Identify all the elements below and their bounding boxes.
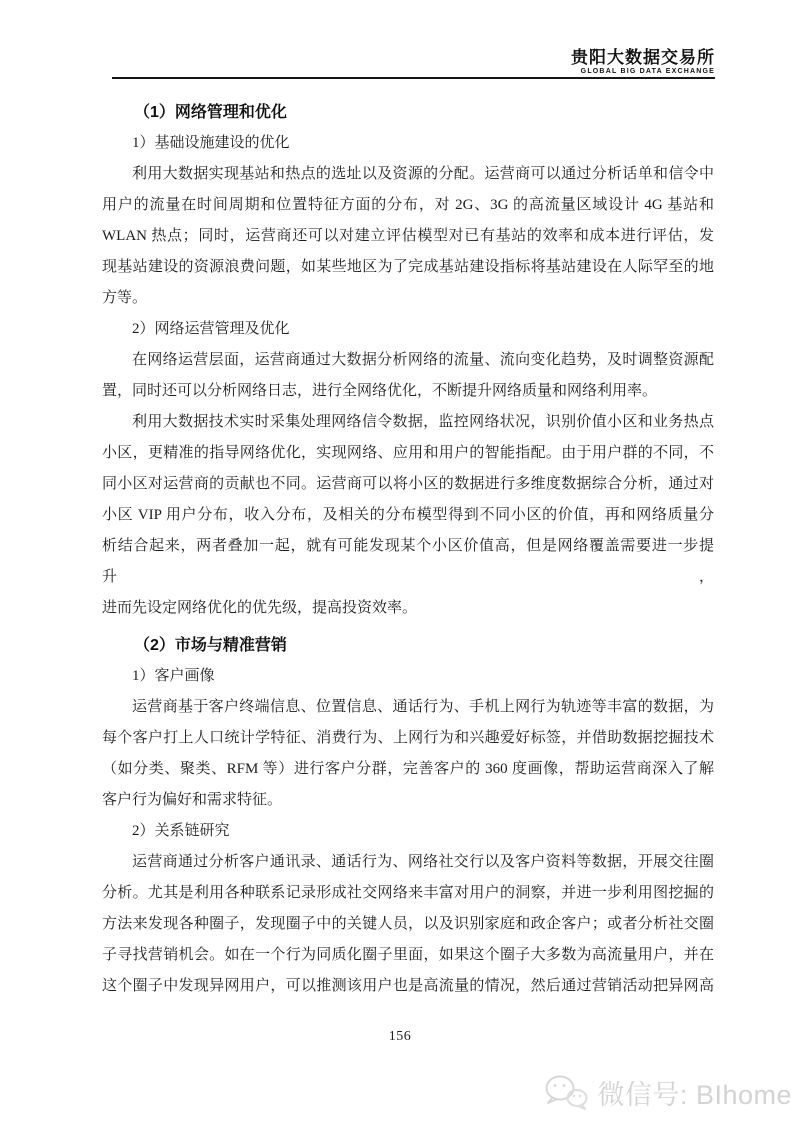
sub-heading: 1）客户画像 (102, 661, 714, 692)
header-rule-line (112, 77, 715, 79)
document-page: 贵阳大数据交易所 GLOBAL BIG DATA EXCHANGE （1）网络管… (0, 0, 800, 1131)
paragraph-line: 现基站建设的资源浪费问题，如某些地区为了完成基站建设指标将基站建设在人际罕至的地 (102, 252, 714, 283)
paragraph-line: 在网络运营层面，运营商通过大数据分析网络的流量、流向变化趋势，及时调整资源配 (102, 345, 714, 376)
paragraph-line: 客户行为偏好和需求特征。 (102, 785, 714, 816)
paragraph-line: 用户的流量在时间周期和位置特征方面的分布，对 2G、3G 的高流量区域设计 4G… (102, 190, 714, 221)
paragraph-line: 析结合起来，两者叠加一起，就有可能发现某个小区价值高，但是网络覆盖需要进一步提升… (102, 531, 714, 593)
paragraph-line: 方法来发现各种圈子，发现圈子中的关键人员，以及识别家庭和政企客户；或者分析社交圈 (102, 909, 714, 940)
paragraph-line: 进而先设定网络优化的优先级，提高投资效率。 (102, 593, 714, 624)
paragraph-line: WLAN 热点；同时，运营商还可以对建立评估模型对已有基站的效率和成本进行评估，… (102, 221, 714, 252)
paragraph: 运营商通过分析客户通讯录、通话行为、网络社交行以及客户资料等数据，开展交往圈分析… (102, 847, 714, 1002)
sub-heading: 1）基础设施建设的优化 (102, 128, 714, 159)
sub-heading: 2）关系链研究 (102, 816, 714, 847)
paragraph-line: 小区 VIP 用户分布，收入分布，及相关的分布模型得到不同小区的价值，再和网络质… (102, 500, 714, 531)
paragraph-line: 分析。尤其是利用各种联系记录形成社交网络来丰富对用户的洞察，并进一步利用图挖掘的 (102, 878, 714, 909)
paragraph-line: 子寻找营销机会。如在一个行为同质化圈子里面，如果这个圈子大多数为高流量用户，并在 (102, 940, 714, 971)
paragraph-line: 这个圈子中发现异网用户，可以推测该用户也是高流量的情况，然后通过营销活动把异网高 (102, 971, 714, 1002)
paragraph-line: 小区，更精准的指导网络优化，实现网络、应用和用户的智能指配。由于用户群的不同，不 (102, 438, 714, 469)
section-heading: （2）市场与精准营销 (102, 630, 714, 661)
page-number: 156 (0, 1029, 800, 1045)
header-logo: 贵阳大数据交易所 GLOBAL BIG DATA EXCHANGE (571, 48, 715, 76)
paragraph-line: 每个客户打上人口统计学特征、消费行为、上网行为和兴趣爱好标签，并借助数据挖掘技术 (102, 723, 714, 754)
logo-chinese-title: 贵阳大数据交易所 (571, 48, 715, 67)
paragraph: 运营商基于客户终端信息、位置信息、通话行为、手机上网行为轨迹等丰富的数据，为每个… (102, 692, 714, 816)
paragraph: 在网络运营层面，运营商通过大数据分析网络的流量、流向变化趋势，及时调整资源配置，… (102, 345, 714, 407)
paragraph-line: 置，同时还可以分析网络日志，进行全网络优化，不断提升网络质量和网络利用率。 (102, 376, 714, 407)
sub-heading: 2）网络运营管理及优化 (102, 314, 714, 345)
section-heading: （1）网络管理和优化 (102, 97, 714, 128)
wechat-id-label: 微信号: BIhome (597, 1073, 792, 1112)
paragraph-line: 利用大数据技术实时采集处理网络信令数据，监控网络状况，识别价值小区和业务热点 (102, 407, 714, 438)
paragraph-line: 运营商通过分析客户通讯录、通话行为、网络社交行以及客户资料等数据，开展交往圈 (102, 847, 714, 878)
paragraph-line: 利用大数据实现基站和热点的选址以及资源的分配。运营商可以通过分析话单和信令中 (102, 159, 714, 190)
paragraph-line: （如分类、聚类、RFM 等）进行客户分群，完善客户的 360 度画像，帮助运营商… (102, 754, 714, 785)
paragraph-line: 同小区对运营商的贡献也不同。运营商可以将小区的数据进行多维度数据综合分析，通过对 (102, 469, 714, 500)
wechat-watermark: 微信号: BIhome (543, 1070, 792, 1114)
document-body: （1）网络管理和优化1）基础设施建设的优化利用大数据实现基站和热点的选址以及资源… (102, 97, 714, 1002)
paragraph: 利用大数据技术实时采集处理网络信令数据，监控网络状况，识别价值小区和业务热点小区… (102, 407, 714, 624)
paragraph: 利用大数据实现基站和热点的选址以及资源的分配。运营商可以通过分析话单和信令中用户… (102, 159, 714, 314)
paragraph-line: 运营商基于客户终端信息、位置信息、通话行为、手机上网行为轨迹等丰富的数据，为 (102, 692, 714, 723)
wechat-icon (543, 1073, 589, 1111)
paragraph-line: 方等。 (102, 283, 714, 314)
logo-english-subtitle: GLOBAL BIG DATA EXCHANGE (571, 68, 715, 76)
